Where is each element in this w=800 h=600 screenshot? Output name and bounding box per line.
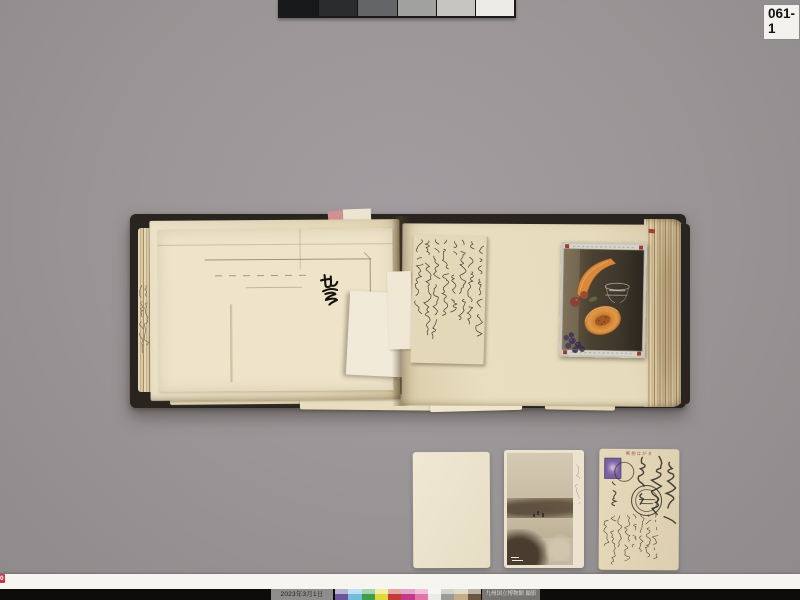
blank-card [413, 452, 491, 568]
pencil-dashed-line [215, 275, 311, 277]
color-calibration-patch [468, 589, 481, 600]
handwritten-postcard: 郵便はがき [599, 449, 680, 571]
handwritten-sender-note [607, 481, 618, 511]
museum-credit-label: 九州国立博物館 撮影 [482, 589, 540, 600]
photo-caption-mark [511, 557, 519, 558]
small-postmark-circle [614, 462, 634, 482]
photo-figure [537, 511, 539, 515]
color-calibration-patch [375, 589, 388, 600]
color-calibration-patch [415, 589, 428, 600]
grayscale-patch [280, 0, 319, 16]
grayscale-patch [319, 0, 358, 16]
ink-calligraphy-jizo [316, 271, 343, 307]
calibration-bottom-bar: 2023年3月1日 九州国立博物館 撮影 [0, 589, 800, 600]
grayscale-patch [437, 0, 476, 16]
photo-postcard [504, 450, 584, 568]
photo-figure [533, 514, 535, 517]
album-right-page [402, 223, 649, 406]
border-corner-mark [563, 350, 567, 354]
photo-light-path [545, 534, 570, 561]
photo-caption-mark [512, 560, 523, 561]
grayscale-calibration-strip [278, 0, 516, 18]
handwritten-message [603, 513, 659, 567]
color-calibration-patch [335, 589, 348, 600]
border-corner-mark [565, 244, 569, 248]
photo-tree-band [507, 498, 573, 520]
grayscale-patch [476, 0, 514, 16]
color-calibration-patches [335, 589, 481, 600]
folded-blank-paper-strip [387, 271, 413, 350]
grayscale-patch [398, 0, 437, 16]
pencil-rule-line [205, 258, 371, 260]
album-cover-right-edge [681, 224, 690, 404]
handwritten-note-text [412, 238, 485, 362]
color-calibration-patch [428, 589, 441, 600]
pencil-underline [246, 287, 302, 288]
calibration-ruler: 2345678910123456789201234567893012345678… [0, 574, 800, 589]
fruit-still-life-picture [559, 242, 647, 359]
color-calibration-patch [348, 589, 361, 600]
color-calibration-patch [454, 589, 467, 600]
border-corner-mark [639, 246, 643, 250]
shot-number-label: 061-1 [763, 4, 800, 40]
postcard-photograph [507, 453, 573, 565]
capture-date-label: 2023年3月1日 [271, 589, 333, 600]
color-calibration-patch [362, 589, 375, 600]
border-corner-mark [637, 352, 641, 356]
photo-sky-area [507, 453, 573, 500]
digitization-photo-stage: 061-1 [0, 0, 800, 600]
color-calibration-patch [441, 589, 454, 600]
edge-paper-handwriting [139, 283, 149, 353]
sheet-edge [299, 229, 300, 269]
photo-figure [542, 513, 544, 517]
pasted-handwritten-note [410, 235, 487, 365]
paper-crease [230, 304, 232, 382]
right-page-edge-stack [644, 219, 684, 407]
picture-artwork [559, 242, 647, 359]
sheet-edge [158, 243, 393, 246]
postcard-caption-text [574, 462, 581, 524]
color-calibration-patch [388, 589, 401, 600]
grayscale-patch [358, 0, 397, 16]
color-calibration-patch [401, 589, 414, 600]
